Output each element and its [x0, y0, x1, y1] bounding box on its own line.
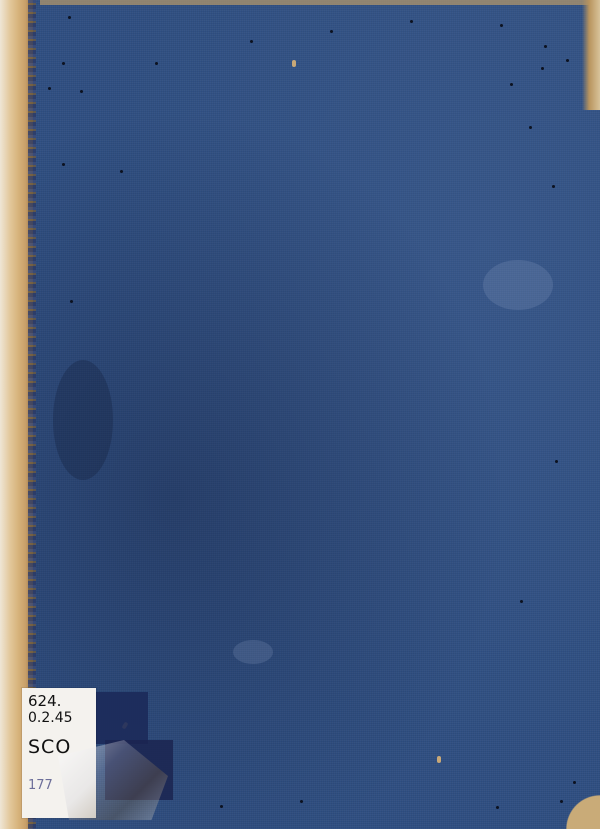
corner-wear-bottom-right	[560, 791, 600, 829]
wormhole	[555, 460, 558, 463]
label-classmark-line-2: 0.2.45	[28, 710, 73, 726]
smudge	[483, 260, 553, 310]
wormhole	[220, 805, 223, 808]
wormhole	[48, 87, 51, 90]
wormhole	[155, 62, 158, 65]
wormhole	[62, 62, 65, 65]
wormhole	[120, 170, 123, 173]
wormhole	[330, 30, 333, 33]
paper-fleck	[292, 60, 296, 67]
wormhole	[544, 45, 547, 48]
wormhole	[520, 600, 523, 603]
wormhole	[80, 90, 83, 93]
dark-stain	[53, 360, 113, 480]
wormhole	[573, 781, 576, 784]
wormhole	[70, 300, 73, 303]
wormhole	[566, 59, 569, 62]
smudge	[233, 640, 273, 664]
wormhole	[541, 67, 544, 70]
label-classmark-line-1: 624.	[28, 692, 61, 710]
wormhole	[68, 16, 71, 19]
corner-wear-top-right	[582, 0, 600, 110]
wormhole	[300, 800, 303, 803]
wormhole	[410, 20, 413, 23]
wormhole	[500, 24, 503, 27]
wormhole	[250, 40, 253, 43]
dark-tape	[96, 692, 148, 744]
wormhole	[529, 126, 532, 129]
wormhole	[62, 163, 65, 166]
label-faint-number: 177	[28, 778, 53, 793]
wormhole	[552, 185, 555, 188]
paper-fleck	[437, 756, 441, 763]
wormhole	[496, 806, 499, 809]
photo-background: 624. 0.2.45 SCO 177	[0, 0, 600, 829]
top-edge	[40, 0, 600, 5]
wormhole	[510, 83, 513, 86]
wormhole	[560, 800, 563, 803]
